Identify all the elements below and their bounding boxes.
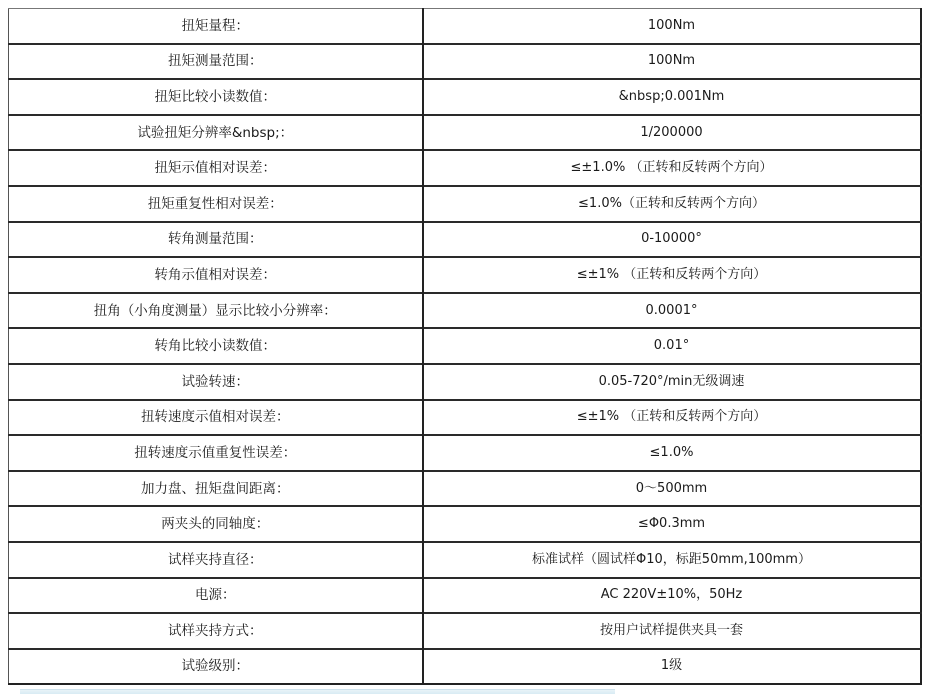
table-row: 试样夹持方式： 按用户试样提供夹具一套 xyxy=(9,613,921,649)
spec-label: 转角测量范围： xyxy=(9,222,423,258)
table-row: 扭角（小角度测量）显示比较小分辨率： 0.0001° xyxy=(9,293,921,329)
spec-value: 1级 xyxy=(423,649,921,685)
spec-value: ≤±1.0% （正转和反转两个方向） xyxy=(423,150,921,186)
spec-label: 两夹头的同轴度： xyxy=(9,506,423,542)
spec-label: 扭矩比较小读数值： xyxy=(9,79,423,115)
spec-value: 0.01° xyxy=(423,328,921,364)
spec-value: ≤1.0% xyxy=(423,435,921,471)
spec-value: 0.0001° xyxy=(423,293,921,329)
table-row: 扭矩比较小读数值： &nbsp;0.001Nm xyxy=(9,79,921,115)
table-row: 加力盘、扭矩盘间距离： 0～500mm xyxy=(9,471,921,507)
spec-label: 试验级别： xyxy=(9,649,423,685)
bottom-divider-strip xyxy=(20,689,615,694)
spec-value: 100Nm xyxy=(423,44,921,80)
table-row: 扭矩示值相对误差： ≤±1.0% （正转和反转两个方向） xyxy=(9,150,921,186)
spec-value: 100Nm xyxy=(423,9,921,44)
spec-value: ≤1.0%（正转和反转两个方向） xyxy=(423,186,921,222)
spec-value: ≤Φ0.3mm xyxy=(423,506,921,542)
spec-label: 扭转速度示值相对误差： xyxy=(9,400,423,436)
spec-value: 1/200000 xyxy=(423,115,921,151)
spec-label: 电源： xyxy=(9,578,423,614)
spec-label: 扭转速度示值重复性误差： xyxy=(9,435,423,471)
spec-label: 扭矩测量范围： xyxy=(9,44,423,80)
table-row: 电源： AC 220V±10%，50Hz xyxy=(9,578,921,614)
table-row: 试验扭矩分辨率&nbsp;： 1/200000 xyxy=(9,115,921,151)
spec-label: 试样夹持直径： xyxy=(9,542,423,578)
spec-label: 扭矩重复性相对误差： xyxy=(9,186,423,222)
spec-label: 加力盘、扭矩盘间距离： xyxy=(9,471,423,507)
table-row: 扭转速度示值相对误差： ≤±1% （正转和反转两个方向） xyxy=(9,400,921,436)
spec-label: 扭矩示值相对误差： xyxy=(9,150,423,186)
table-row: 试样夹持直径： 标准试样（圆试样Φ10，标距50mm,100mm） xyxy=(9,542,921,578)
spec-label: 试验转速： xyxy=(9,364,423,400)
spec-label: 扭角（小角度测量）显示比较小分辨率： xyxy=(9,293,423,329)
spec-value: ≤±1% （正转和反转两个方向） xyxy=(423,257,921,293)
table-row: 转角示值相对误差： ≤±1% （正转和反转两个方向） xyxy=(9,257,921,293)
spec-label: 扭矩量程： xyxy=(9,9,423,44)
specification-table: 扭矩量程： 100Nm 扭矩测量范围： 100Nm 扭矩比较小读数值： &nbs… xyxy=(8,8,922,685)
table-row: 两夹头的同轴度： ≤Φ0.3mm xyxy=(9,506,921,542)
table-row: 扭转速度示值重复性误差： ≤1.0% xyxy=(9,435,921,471)
spec-label: 转角比较小读数值： xyxy=(9,328,423,364)
spec-value: &nbsp;0.001Nm xyxy=(423,79,921,115)
table-row: 扭矩量程： 100Nm xyxy=(9,9,921,44)
table-row: 试验级别： 1级 xyxy=(9,649,921,685)
table-row: 扭矩重复性相对误差： ≤1.0%（正转和反转两个方向） xyxy=(9,186,921,222)
spec-value: 0～500mm xyxy=(423,471,921,507)
table-row: 扭矩测量范围： 100Nm xyxy=(9,44,921,80)
spec-value: 0-10000° xyxy=(423,222,921,258)
spec-value: 按用户试样提供夹具一套 xyxy=(423,613,921,649)
spec-value: 标准试样（圆试样Φ10，标距50mm,100mm） xyxy=(423,542,921,578)
spec-label: 试验扭矩分辨率&nbsp;： xyxy=(9,115,423,151)
spec-label: 试样夹持方式： xyxy=(9,613,423,649)
spec-value: AC 220V±10%，50Hz xyxy=(423,578,921,614)
table-row: 转角测量范围： 0-10000° xyxy=(9,222,921,258)
table-row: 试验转速： 0.05-720°/min无级调速 xyxy=(9,364,921,400)
table-row: 转角比较小读数值： 0.01° xyxy=(9,328,921,364)
spec-label: 转角示值相对误差： xyxy=(9,257,423,293)
spec-value: ≤±1% （正转和反转两个方向） xyxy=(423,400,921,436)
spec-value: 0.05-720°/min无级调速 xyxy=(423,364,921,400)
